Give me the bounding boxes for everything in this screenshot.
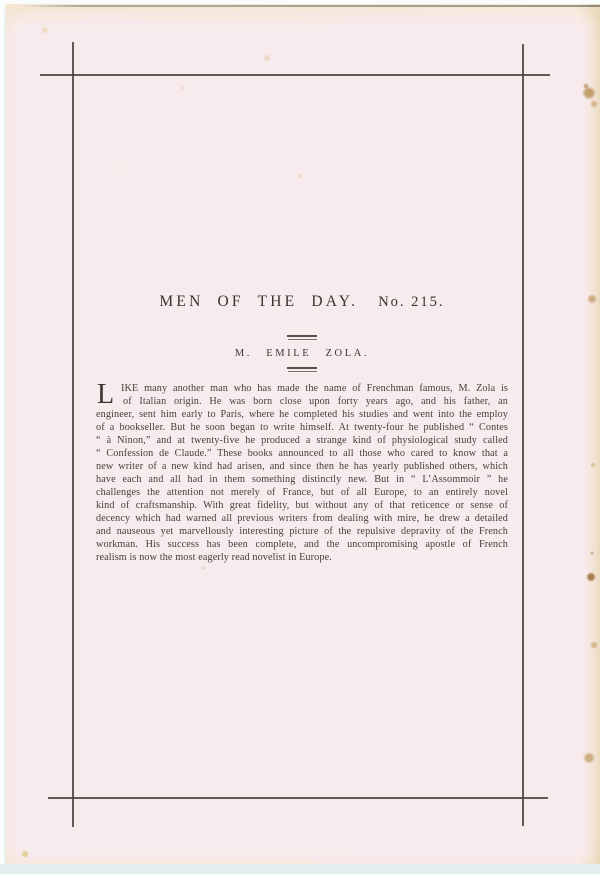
issue-number: No. 215. — [378, 294, 444, 311]
paragraph-line: of a bookseller. But he soon began to wr… — [96, 421, 508, 434]
paragraph-line: realism is now the most eagerly read nov… — [96, 551, 508, 564]
page-title: MEN OF THE DAY. No. 215. — [96, 293, 508, 311]
paragraph-line: challenges the attention not merely of F… — [96, 486, 508, 499]
subject-name: M. EMILE ZOLA. — [96, 348, 508, 359]
paragraph-line: workman. His success has been complete, … — [96, 538, 508, 551]
frame-rule-right — [522, 44, 524, 826]
paragraph-line: and nauseous yet marvellously interestin… — [96, 525, 508, 538]
ornamental-divider-top — [96, 335, 508, 340]
paragraph-line: “ à Ninon,” and at twenty-five he produc… — [96, 434, 508, 447]
frame-rule-bottom — [48, 797, 548, 799]
divider-rule-thin — [288, 371, 317, 372]
body-paragraph: L IKE many another man who has made the … — [96, 382, 508, 564]
paragraph-line: decency which had warned all previous wr… — [96, 512, 508, 525]
drop-cap: L — [97, 383, 114, 407]
paragraph-line: have each and all had in them something … — [96, 473, 508, 486]
paragraph-line: IKE many another man who has made the na… — [96, 382, 508, 395]
paragraph-line: of Italian origin. He was born close upo… — [96, 395, 508, 408]
paragraph-line: kind of craftsmanship. With great fideli… — [96, 499, 508, 512]
scanned-page: MEN OF THE DAY. No. 215. M. EMILE ZOLA. … — [6, 4, 600, 864]
page-top-edge-shadow — [20, 5, 600, 7]
paragraph-line: engineer, sent him early to Paris, where… — [96, 408, 508, 421]
frame-rule-top — [40, 74, 550, 76]
divider-rule-thick — [287, 335, 317, 337]
ornamental-divider-bottom — [96, 367, 508, 372]
scan-background: MEN OF THE DAY. No. 215. M. EMILE ZOLA. … — [0, 0, 600, 874]
paragraph-line: new writer of a new kind had arisen, and… — [96, 460, 508, 473]
divider-rule-thin — [288, 339, 317, 340]
series-title: MEN OF THE DAY. — [159, 293, 358, 311]
scanner-bed-band — [0, 864, 600, 874]
frame-rule-left — [72, 42, 74, 827]
divider-rule-thick — [287, 367, 317, 369]
paragraph-lines: IKE many another man who has made the na… — [96, 382, 508, 564]
paragraph-line: “ Confession de Claude.” These books ann… — [96, 447, 508, 460]
